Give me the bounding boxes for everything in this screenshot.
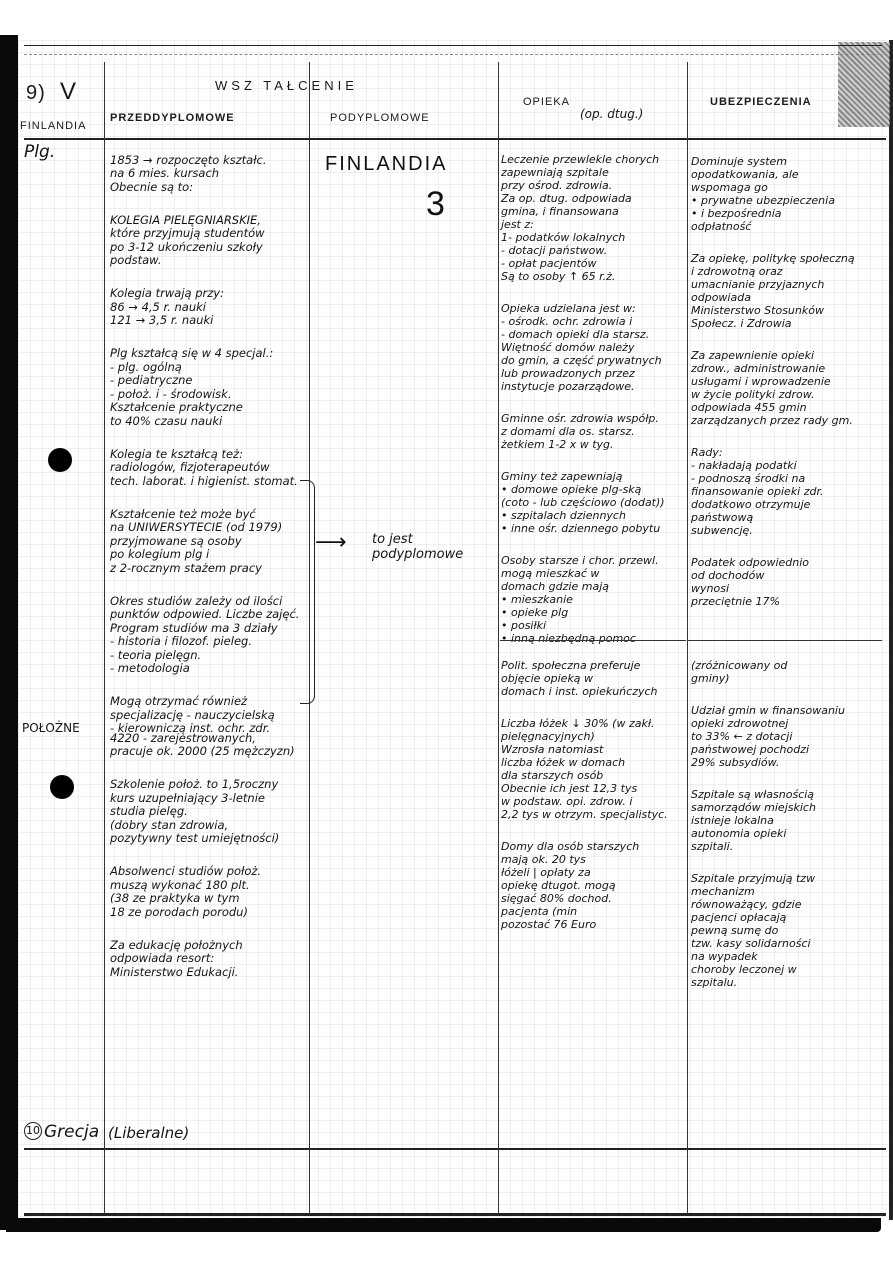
- grecja-bottom-rule: [24, 1148, 886, 1150]
- podyplomowe-note: to jest podyplomowe: [372, 532, 463, 562]
- polozne-ubezp-item: Udział gmin w finansowaniu opieki zdrowo…: [691, 704, 883, 769]
- plg-ubezp-item: Za zapewnienie opieki zdrow., administro…: [691, 349, 883, 427]
- scan-border-right: [889, 40, 893, 1220]
- polozne-opieka-item: Domy dla osób starszych mają ok. 20 tys …: [501, 840, 685, 931]
- polozne-ubezp-item: Szpitale przyjmują tzw mechanizm równowa…: [691, 872, 883, 989]
- grecja-note: (Liberalne): [108, 1124, 189, 1142]
- col-ubezpieczenia-heading: UBEZPIECZENIA: [710, 96, 812, 108]
- row-label-polozne: POŁOŻNE: [22, 722, 80, 736]
- page-number-3: 3: [426, 185, 447, 224]
- plg-predyp-item: Kolegia te kształcą też: radiologów, fiz…: [110, 448, 306, 489]
- plg-ubezp-item: Podatek odpowiednio od dochodów wynosi p…: [691, 556, 883, 608]
- table-bottom-rule: [24, 1213, 886, 1216]
- polozne-opieka-item: Polit. społeczna preferuje objęcie opiek…: [501, 659, 685, 698]
- punch-hole-1: [48, 448, 72, 472]
- arrow-right-icon: ⟶: [315, 530, 347, 555]
- plg-predyp-item: KOLEGIA PIELĘGNIARSKIE, które przyjmują …: [110, 214, 306, 268]
- punch-hole-2: [50, 775, 74, 799]
- polozne-predyp-item: Szkolenie położ. to 1,5roczny kurs uzupe…: [110, 778, 306, 846]
- col-opieka-note: (op. dtug.): [580, 108, 643, 122]
- col-opieka-heading: OPIEKA: [523, 96, 570, 108]
- polozne-ubezp-item: (zróżnicowany od gminy): [691, 659, 883, 685]
- plg-opieka-item: Osoby starsze i chor. przewl. mogą miesz…: [501, 554, 685, 645]
- plg-predyp-item: Okres studiów zależy od ilości punktów o…: [110, 595, 306, 676]
- polozne-opieka-block: Polit. społeczna preferuje objęcie opiek…: [501, 646, 685, 950]
- section-number: V: [60, 78, 77, 106]
- top-rule: [24, 45, 882, 46]
- col-education-heading: WSZ TAŁCENIE: [215, 78, 358, 93]
- col-podyplomowe-heading: PODYPLOMOWE: [330, 112, 430, 124]
- scan-artifact: [838, 42, 890, 127]
- row-label-plg: Plg.: [24, 146, 55, 160]
- top-perforation: [24, 54, 884, 55]
- plg-opieka-item: Gminne ośr. zdrowia współp. z domami dla…: [501, 412, 685, 451]
- plg-opieka-item: Opieka udzielana jest w: - ośrodk. ochr.…: [501, 302, 685, 393]
- polozne-predyplomowe-block: 4220 - zarejestrowanych, pracuje ok. 200…: [110, 718, 306, 999]
- country-label: FINLANDIA: [20, 120, 86, 132]
- polozne-predyp-item: Za edukację położnych odpowiada resort: …: [110, 939, 306, 980]
- plg-opieka-item: Gminy też zapewniają • domowe opieke plg…: [501, 470, 685, 535]
- scan-border-bottom: [6, 1218, 881, 1232]
- section-prefix: 9): [26, 82, 46, 105]
- podyplomowe-title: FINLANDIA: [325, 153, 447, 176]
- col-predyplomowe-heading: PRZEDDYPLOMOWE: [110, 112, 235, 124]
- plg-predyp-item: Kształcenie też może być na UNIWERSYTECI…: [110, 508, 306, 576]
- polozne-ubezp-item: Szpitale są własnością samorządów miejsk…: [691, 788, 883, 853]
- bracket: [300, 480, 315, 704]
- polozne-predyp-item: 4220 - zarejestrowanych, pracuje ok. 200…: [110, 732, 306, 759]
- polozne-ubezpieczenia-block: (zróżnicowany od gminy) Udział gmin w fi…: [691, 646, 883, 1008]
- polozne-opieka-item: Liczba łóżek ↓ 30% (w zakł. pielęgnacyjn…: [501, 717, 685, 821]
- grecja-label: Grecja: [44, 1122, 99, 1142]
- plg-predyplomowe-block: 1853 → rozpoczęto kształc. na 6 mies. ku…: [110, 140, 306, 755]
- plg-predyp-item: 1853 → rozpoczęto kształc. na 6 mies. ku…: [110, 154, 306, 195]
- col-divider-3: [498, 62, 499, 1214]
- col-divider-1: [104, 62, 105, 1214]
- plg-opieka-item: Leczenie przewlekle chorych zapewniają s…: [501, 153, 685, 283]
- plg-ubezp-item: Za opiekę, politykę społeczną i zdrowotn…: [691, 252, 883, 330]
- plg-ubezp-item: Rady: - nakładają podatki - podnoszą śro…: [691, 446, 883, 537]
- plg-ubezpieczenia-block: Dominuje system opodatkowania, ale wspom…: [691, 142, 883, 627]
- plg-predyp-item: Kolegia trwają przy: 86 → 4,5 r. nauki 1…: [110, 287, 306, 328]
- ubezp-separator: [688, 640, 882, 642]
- grecja-number: 10: [24, 1122, 42, 1140]
- plg-opieka-block: Leczenie przewlekle chorych zapewniają s…: [501, 140, 685, 664]
- plg-predyp-item: Plg kształcą się w 4 specjal.: - plg. og…: [110, 347, 306, 428]
- polozne-predyp-item: Absolwenci studiów położ. muszą wykonać …: [110, 865, 306, 919]
- scan-border-left: [0, 35, 18, 1230]
- col-divider-4: [687, 62, 688, 1214]
- plg-ubezp-item: Dominuje system opodatkowania, ale wspom…: [691, 155, 883, 233]
